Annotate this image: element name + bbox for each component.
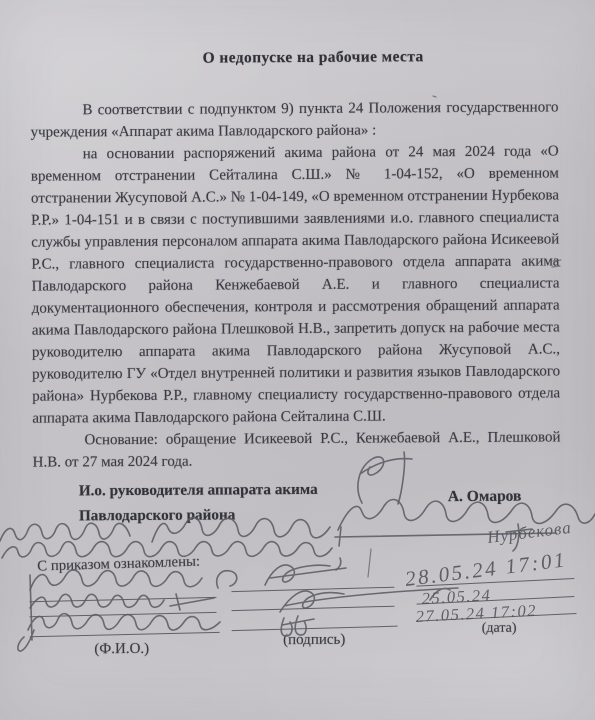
paragraph-order: на основании распоряжений акима района о…	[31, 140, 561, 429]
signature-line-1	[231, 587, 394, 592]
paragraph-preamble: В соответствии с подпунктом 9) пункта 24…	[30, 96, 558, 143]
fio-line-3	[30, 632, 220, 637]
fio-line-1	[29, 597, 216, 602]
signature-line-2	[232, 606, 395, 611]
date-line-1	[416, 578, 574, 587]
signature-caption: (подпись)	[252, 632, 377, 650]
fio-line-2	[30, 612, 217, 617]
signer-title-line1: И.о. руководителя аппарата акима	[79, 477, 318, 503]
signer-name: А. Омаров	[448, 488, 522, 506]
document-body: В соответствии с подпунктом 9) пункта 24…	[30, 96, 560, 473]
order-document: О недопуске на рабочие места В соответст…	[0, 0, 595, 720]
document-photo: О недопуске на рабочие места В соответст…	[0, 0, 595, 720]
acknowledgement-label: С приказом ознакомлены:	[37, 554, 200, 576]
document-title: О недопуске на рабочие места	[53, 47, 573, 68]
paragraph-basis: Основание: обращение Исикеевой Р.С., Кен…	[32, 426, 560, 473]
signer-title-line2: Павлодарского района	[79, 502, 318, 528]
signer-title: И.о. руководителя аппарата акима Павлода…	[79, 477, 318, 528]
date-line-2	[417, 596, 575, 605]
fio-caption: (Ф.И.О.)	[57, 641, 187, 659]
signature-line-3	[232, 626, 398, 631]
date-caption: (дата)	[442, 620, 557, 637]
